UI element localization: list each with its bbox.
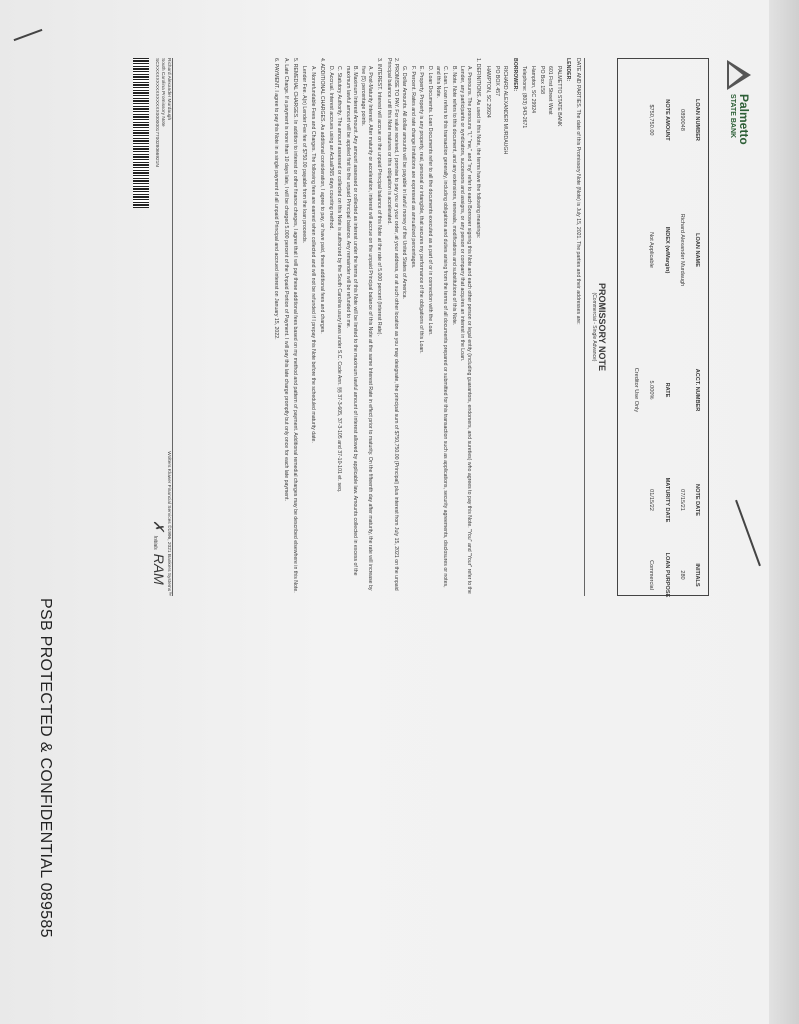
pen-mark — [735, 500, 761, 566]
document-title: PROMISSORY NOTE (Commercial - Single Adv… — [591, 58, 607, 596]
note-date: 07/15/21 — [672, 455, 685, 545]
definition-item: F. Percent. Rates and rate change limita… — [409, 66, 416, 596]
loan-name-label: LOAN NAME — [687, 175, 700, 325]
loan-number-label: LOAN NUMBER — [687, 65, 700, 175]
additional-item: Lender Fee. A(n) Lender Fee fee of $750.… — [300, 66, 307, 596]
additional-list: A. Nonrefundable Fees and Charges. The f… — [300, 66, 315, 596]
footer-code: SCXXXXXXXXXXXXXXX0000001770028066921N — [153, 58, 159, 596]
section-promise: 2. PROMISE TO PAY. For value received, I… — [385, 58, 398, 596]
borrower-line: RICHARD ALEXANDER MURDAUGH — [502, 66, 509, 596]
pen-mark — [14, 29, 43, 41]
note-amount-label: NOTE AMOUNT — [656, 65, 669, 175]
section-payment: 6. PAYMENT. I agree to pay this Note in … — [273, 58, 280, 596]
document-footer: Richard Alexander Murdaugh South Carolin… — [133, 58, 171, 596]
late-charge: A. Late Charge. If a payment is more tha… — [282, 58, 289, 596]
purpose-label: LOAN PURPOSE — [656, 545, 669, 605]
index-label: INDEX (w/Margin) — [656, 175, 669, 325]
section-additional: 4. ADDITIONAL CHARGES. As additional con… — [319, 58, 326, 596]
lender-line: Telephone: (803) 943-2671 — [521, 66, 528, 596]
rotated-document: Palmetto STATE BANK LOAN NUMBER LOAN NAM… — [0, 0, 799, 1024]
palmetto-tree-icon — [725, 60, 751, 90]
lender-line: Hampton, SC 29924 — [529, 66, 536, 596]
definition-list: A. Pronouns. The pronouns "I," "me," and… — [401, 66, 472, 596]
footer-divider — [172, 58, 173, 596]
interest-item: B. Maximum Interest Amount. Any amount a… — [344, 66, 357, 596]
acct-number — [672, 325, 685, 455]
barcode — [133, 58, 149, 208]
rate-value: 5.000% — [641, 325, 654, 455]
rate-label: RATE — [656, 325, 669, 455]
acct-number-label: ACCT. NUMBER — [687, 325, 700, 455]
note-body: DATE AND PARTIES. The date of this Promi… — [270, 58, 581, 596]
definition-item: G. Dollar Amounts. All dollar amounts wi… — [401, 66, 408, 596]
title-main: PROMISSORY NOTE — [597, 58, 607, 596]
borrower-label: BORROWER: — [511, 58, 518, 596]
section-remedial: 5. REMEDIAL CHARGES. In addition to inte… — [292, 58, 299, 596]
section-definitions: 1. DEFINITIONS. As used in this Note, th… — [475, 58, 482, 596]
additional-item: A. Nonrefundable Fees and Charges. The f… — [309, 66, 316, 596]
interest-list: A. Post-Maturity Interest. After maturit… — [327, 66, 373, 596]
creditor-use-note: Creditor Use Only — [626, 325, 639, 455]
divider — [584, 58, 585, 596]
loan-header-box: LOAN NUMBER LOAN NAME ACCT. NUMBER NOTE … — [617, 58, 709, 596]
initials-label: INITIALS — [687, 545, 700, 605]
lender-line: 601 First Street West — [547, 66, 554, 596]
title-sub: (Commercial - Single Advance) — [591, 58, 597, 596]
section-interest: 3. INTEREST. Interest will accrue on the… — [376, 58, 383, 596]
logo-name: Palmetto — [738, 94, 749, 145]
index-value: Not Applicable — [641, 175, 654, 325]
loan-name: Richard Alexander Murdaugh — [672, 175, 685, 325]
maturity-date: 01/15/22 — [641, 455, 654, 545]
borrower-line: PO BOX 457 — [493, 66, 500, 596]
definition-item: C. Loan. Loan refers to this transaction… — [435, 66, 448, 596]
lender-address: PALMETTO STATE BANK601 First Street West… — [521, 66, 562, 596]
definition-item: A. Pronouns. The pronouns "I," "me," and… — [459, 66, 472, 596]
maturity-label: MATURITY DATE — [656, 455, 669, 545]
interest-item: D. Accrual. Interest accrues using an Ac… — [327, 66, 334, 596]
lender-label: LENDER: — [565, 58, 572, 596]
note-date-label: NOTE DATE — [687, 455, 700, 545]
borrower-line: HAMPTON, SC 29924 — [484, 66, 491, 596]
confidential-stamp: PSB PROTECTED & CONFIDENTIAL 089585 — [36, 598, 54, 938]
loan-number: 0890048 — [672, 65, 685, 175]
definition-item: D. Loan Documents. Loan Documents refer … — [426, 66, 433, 596]
interest-item: A. Post-Maturity Interest. After maturit… — [360, 66, 373, 596]
definition-item: B. Note. Note refers to this document, a… — [450, 66, 457, 596]
logo-sub: STATE BANK — [727, 94, 738, 145]
note-amount: $750,750.00 — [641, 65, 654, 175]
interest-item: C. Statutory Authority. The amount asses… — [336, 66, 343, 596]
initials-signature: ✗ Initials RAM — [150, 520, 167, 585]
borrower-address: RICHARD ALEXANDER MURDAUGHPO BOX 457HAMP… — [484, 66, 508, 596]
initials: 280 — [672, 545, 685, 605]
date-parties: DATE AND PARTIES. The date of this Promi… — [574, 58, 581, 596]
lender-line: PO Box 158 — [538, 66, 545, 596]
lender-line: PALMETTO STATE BANK — [555, 66, 562, 596]
bank-logo: Palmetto STATE BANK — [725, 60, 751, 145]
definition-item: E. Property. Property is any property, r… — [418, 66, 425, 596]
loan-purpose: Commercial — [641, 545, 654, 605]
